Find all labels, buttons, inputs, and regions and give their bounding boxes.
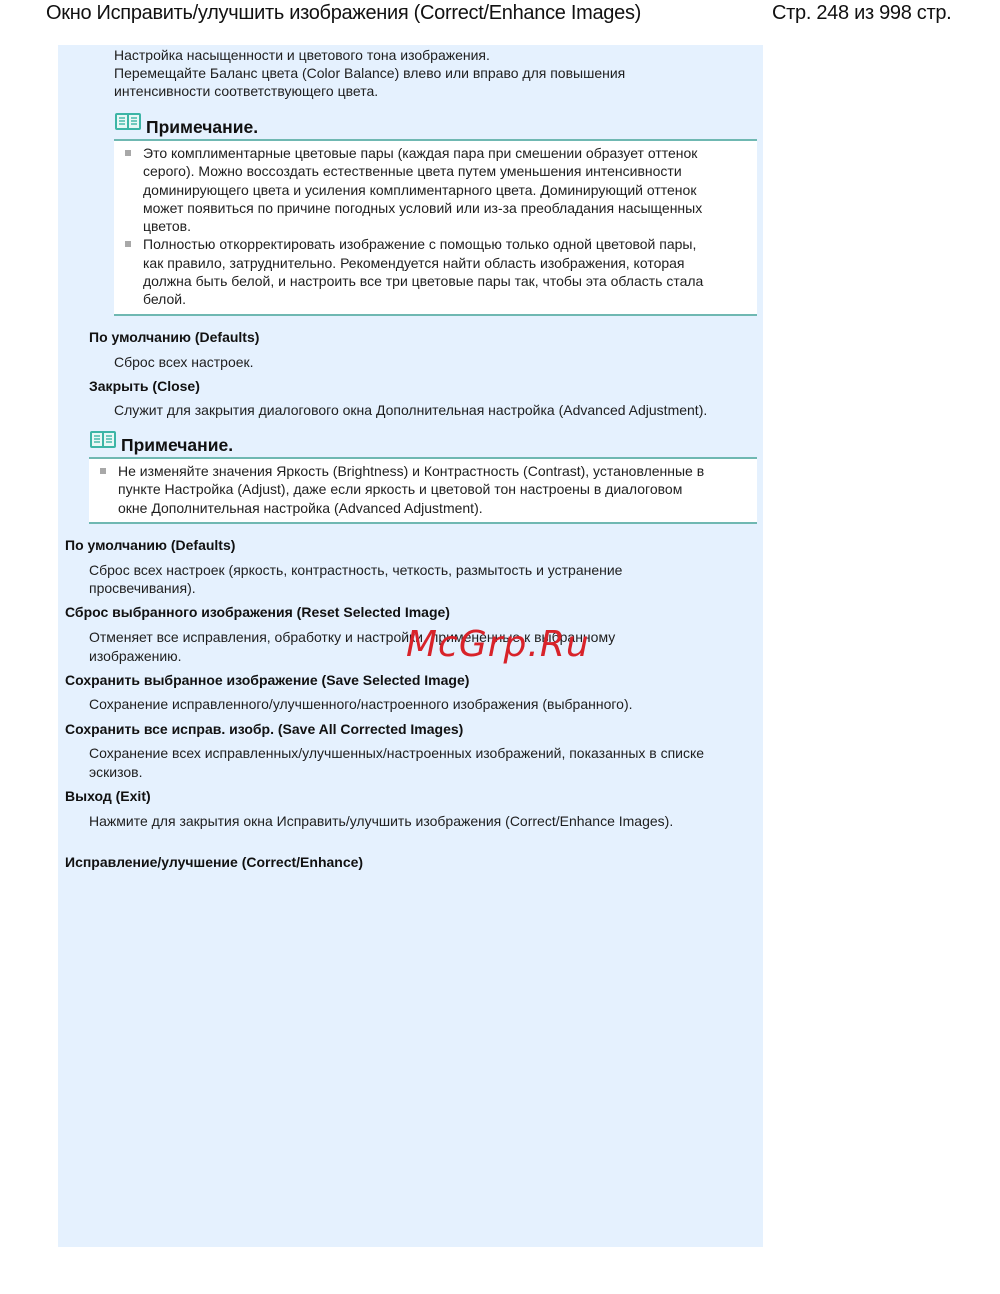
book-icon — [89, 430, 117, 450]
intro-line-3: интенсивности соответствующего цвета. — [114, 82, 378, 100]
desc-defaults-1: Сброс всех настроек (яркость, контрастно… — [89, 561, 622, 579]
note-box: Не изменяйте значения Яркость (Brightnes… — [89, 457, 757, 524]
note-list: Не изменяйте значения Яркость (Brightnes… — [89, 462, 757, 517]
note-item-cont: серого). Можно воссоздать естественные ц… — [114, 162, 757, 180]
note-item-cont: окне Дополнительная настройка (Advanced … — [89, 499, 757, 517]
intro-line-1: Настройка насыщенности и цветового тона … — [114, 46, 490, 64]
note-item-cont: белой. — [114, 290, 757, 308]
page-header: Окно Исправить/улучшить изображения (Cor… — [0, 0, 1000, 30]
sub-term-close: Закрыть (Close) — [89, 377, 200, 395]
bullet-icon — [100, 468, 106, 474]
note-header: Примечание. — [89, 427, 757, 459]
section-heading-correct-enhance[interactable]: Исправление/улучшение (Correct/Enhance) — [65, 853, 363, 871]
note-box: Это комплиментарные цветовые пары (кажда… — [114, 139, 757, 316]
bullet-icon — [125, 150, 131, 156]
note-title: Примечание. — [146, 117, 258, 138]
note-item-cont: пункте Настройка (Adjust), даже если ярк… — [89, 480, 757, 498]
note-title: Примечание. — [121, 435, 233, 456]
page-count: Стр. 248 из 998 стр. — [772, 2, 951, 25]
note-item-cont: доминирующего цвета и усиления комплимен… — [114, 181, 757, 199]
note-list: Это комплиментарные цветовые пары (кажда… — [114, 144, 757, 309]
desc-save-all-1: Сохранение всех исправленных/улучшенных/… — [89, 744, 704, 762]
term-save-all: Сохранить все исправ. изобр. (Save All C… — [65, 720, 463, 738]
note-item: Это комплиментарные цветовые пары (кажда… — [114, 144, 757, 162]
term-defaults: По умолчанию (Defaults) — [65, 536, 235, 554]
term-reset-selected: Сброс выбранного изображения (Reset Sele… — [65, 603, 450, 621]
book-icon — [114, 112, 142, 132]
intro-line-2: Перемещайте Баланс цвета (Color Balance)… — [114, 64, 625, 82]
note-item: Не изменяйте значения Яркость (Brightnes… — [89, 462, 757, 480]
desc-save-all-2: эскизов. — [89, 763, 142, 781]
note-item-cont: как правило, затруднительно. Рекомендует… — [114, 254, 757, 272]
note-header: Примечание. — [114, 109, 757, 141]
note-item-cont: может появиться по причине погодных усло… — [114, 199, 757, 217]
watermark: McGrp.Ru — [406, 624, 590, 665]
desc-defaults-2: просвечивания). — [89, 579, 196, 597]
sub-term-defaults: По умолчанию (Defaults) — [89, 328, 259, 346]
note-item-cont: цветов. — [114, 217, 757, 235]
term-exit: Выход (Exit) — [65, 787, 151, 805]
desc-reset-selected-2: изображению. — [89, 647, 182, 665]
bullet-icon — [125, 241, 131, 247]
desc-save-selected: Сохранение исправленного/улучшенного/нас… — [89, 695, 633, 713]
desc-exit: Нажмите для закрытия окна Исправить/улуч… — [89, 812, 673, 830]
page-title: Окно Исправить/улучшить изображения (Cor… — [46, 2, 641, 25]
sub-desc-close: Служит для закрытия диалогового окна Доп… — [114, 401, 707, 419]
sub-desc-defaults: Сброс всех настроек. — [114, 353, 254, 371]
note-item-cont: должна быть белой, и настроить все три ц… — [114, 272, 757, 290]
note-item: Полностью откорректировать изображение с… — [114, 235, 757, 253]
term-save-selected: Сохранить выбранное изображение (Save Se… — [65, 671, 469, 689]
